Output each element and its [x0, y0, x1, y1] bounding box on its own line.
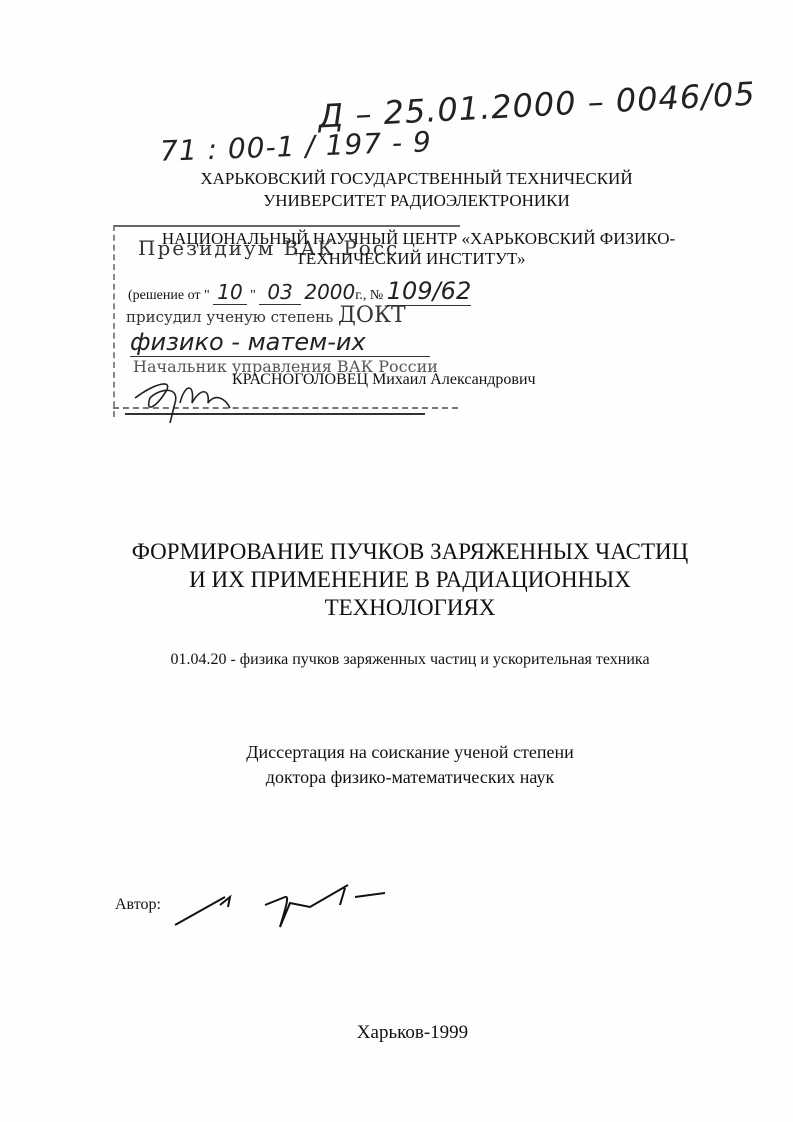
author-signature-icon — [170, 875, 390, 935]
decision-year-suffix: г., № — [355, 288, 383, 303]
decision-year: 2000 — [304, 280, 355, 304]
author-name: КРАСНОГОЛОВЕЦ Михаил Александрович — [232, 371, 536, 389]
stamp-awarded-text: присудил ученую степень ДОКТ — [126, 303, 406, 328]
decision-quote: " — [250, 288, 256, 303]
dissertation-title-line1: ФОРМИРОВАНИЕ ПУЧКОВ ЗАРЯЖЕННЫХ ЧАСТИЦ — [100, 538, 720, 566]
dissertation-title-line3: ТЕХНОЛОГИЯХ — [100, 594, 720, 622]
degree-line2: доктора физико-математических наук — [90, 765, 730, 790]
awarded-label: присудил ученую степень — [126, 308, 333, 326]
stamp-decision-line: (решение от " 10 " 03 2000г., № 109/62 — [128, 277, 471, 305]
university-name-line1: ХАРЬКОВСКИЙ ГОСУДАРСТВЕННЫЙ ТЕХНИЧЕСКИЙ — [20, 168, 793, 190]
city-year: Харьков-1999 — [0, 1022, 793, 1044]
decision-number: 109/62 — [387, 277, 471, 306]
specialty-code: 01.04.20 - физика пучков заряженных част… — [90, 651, 730, 669]
research-center-line2: ТЕХНИЧЕСКИЙ ИНСТИТУТ» — [14, 248, 793, 270]
decision-month: 03 — [259, 280, 300, 305]
decision-day: 10 — [213, 280, 246, 305]
stamp-field-handwritten: физико - матем-их — [130, 328, 430, 357]
author-label: Автор: — [115, 896, 161, 914]
decision-prefix: (решение от " — [128, 288, 210, 303]
degree-stamp: ДОКТ — [338, 303, 406, 328]
handwritten-catalog-number: 71 : 00-1 / 197 - 9 — [160, 125, 433, 167]
university-name-line2: УНИВЕРСИТЕТ РАДИОЭЛЕКТРОНИКИ — [20, 190, 793, 212]
degree-line1: Диссертация на соискание ученой степени — [90, 740, 730, 765]
dissertation-title-line2: И ИХ ПРИМЕНЕНИЕ В РАДИАЦИОННЫХ — [100, 566, 720, 594]
stamp-signature-icon — [130, 368, 240, 428]
